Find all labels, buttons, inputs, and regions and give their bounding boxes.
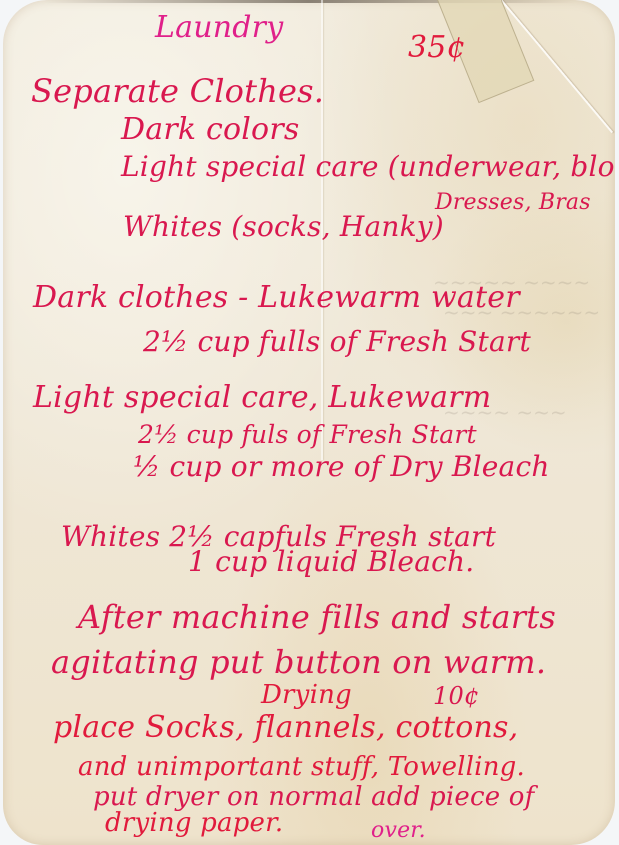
laundry-instruction-card: ~~~~~ ~~~~ ~~~ ~~~~~~ ~~~~ ~~~ Laundry 3… (3, 0, 615, 845)
drying-price: 10¢ (433, 682, 479, 710)
separate-item-light-cont: Dresses, Bras (435, 190, 591, 215)
drying-line-1: place Socks, flannels, cottons, (53, 710, 518, 745)
light-line-2: 2½ cup fuls of Fresh Start (138, 420, 477, 449)
light-line-1: Light special care, Lukewarm (33, 380, 491, 415)
separate-item-light: Light special care (underwear, blouse (121, 150, 615, 183)
separate-item-dark: Dark colors (121, 112, 299, 147)
whites-line-2: 1 cup liquid Bleach. (188, 545, 474, 578)
separate-heading: Separate Clothes. (31, 72, 324, 110)
dark-line-2: 2½ cup fulls of Fresh Start (143, 325, 531, 358)
drying-heading: Drying (261, 680, 352, 710)
card-title: Laundry (155, 10, 283, 45)
continued-over-note: over. (371, 818, 426, 843)
dark-line-1: Dark clothes - Lukewarm water (33, 280, 520, 315)
drying-line-2: and unimportant stuff, Towelling. (78, 752, 525, 782)
instructions-line-2: agitating put button on warm. (51, 643, 546, 681)
instructions-line-1: After machine fills and starts (78, 598, 556, 636)
separate-item-whites: Whites (socks, Hanky) (123, 210, 444, 243)
card-price: 35¢ (408, 30, 466, 65)
light-line-3: ½ cup or more of Dry Bleach (133, 450, 550, 483)
drying-line-4: drying paper. (105, 808, 283, 838)
